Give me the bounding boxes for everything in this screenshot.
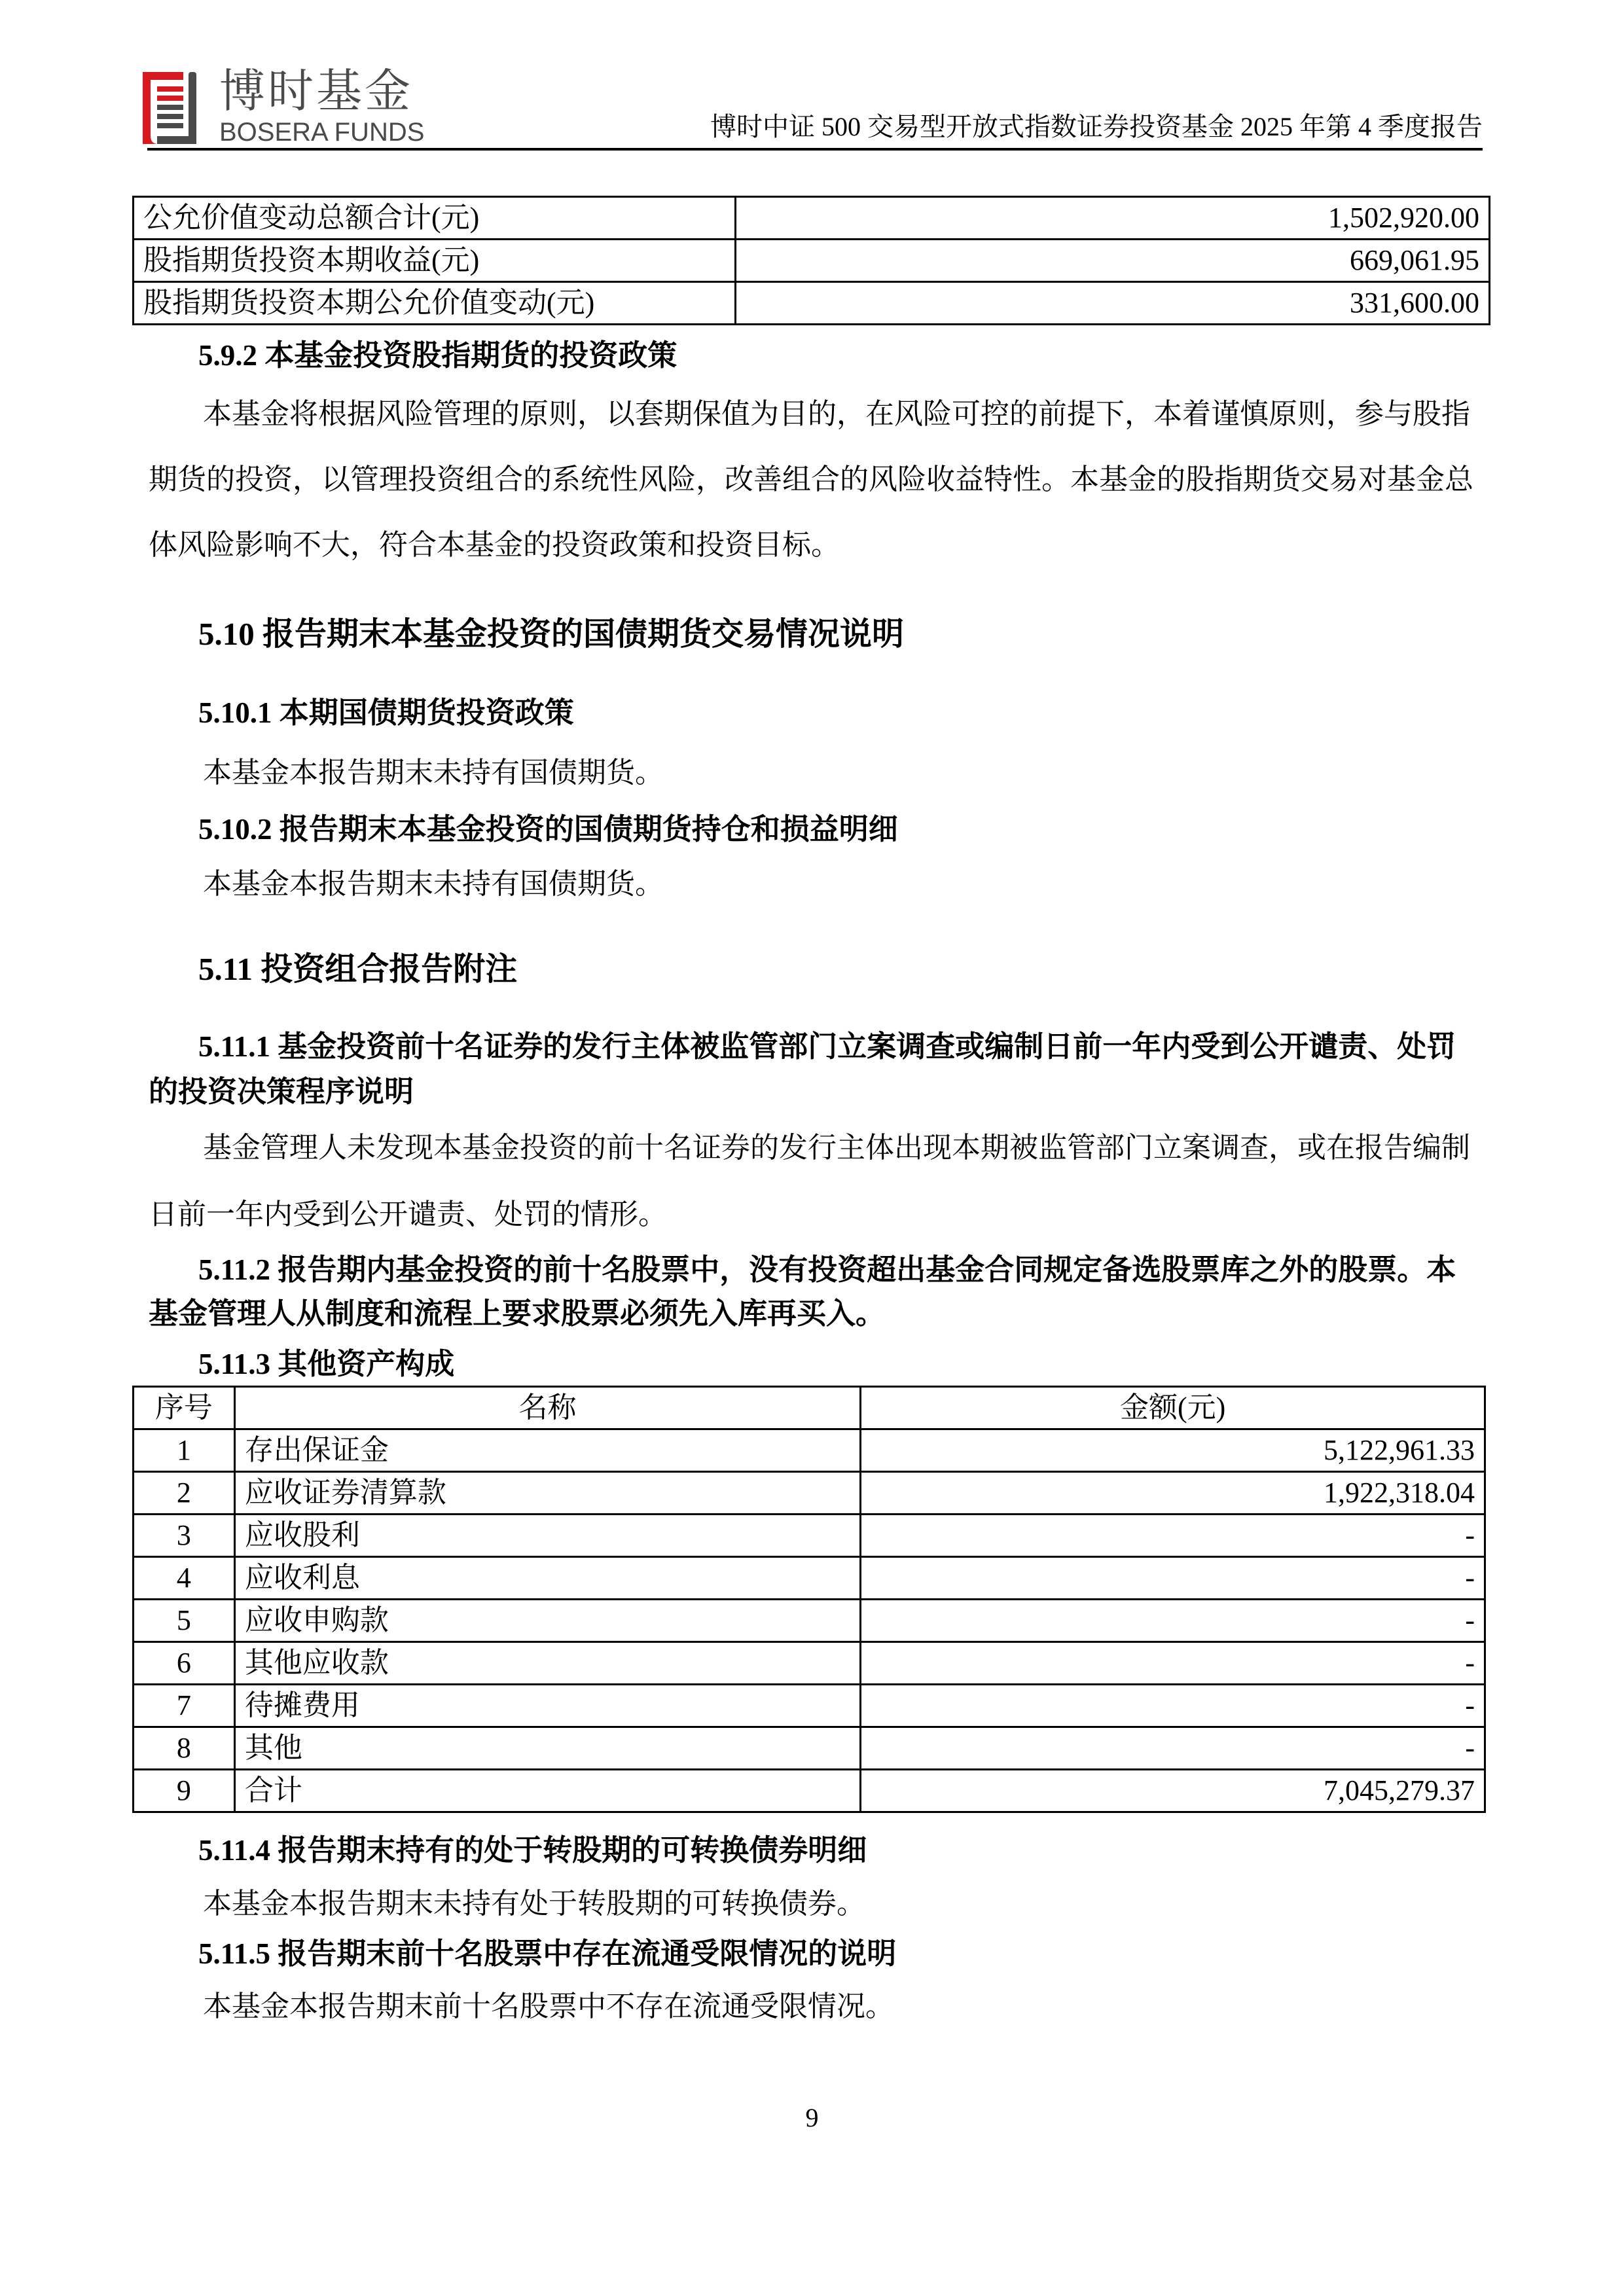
row-amount: - — [861, 1642, 1485, 1685]
row-amount: - — [861, 1727, 1485, 1770]
row-name: 存出保证金 — [234, 1429, 860, 1472]
row-value: 331,600.00 — [735, 282, 1489, 325]
logo-cn-text: 博时基金 — [219, 68, 413, 114]
row-name: 合计 — [234, 1770, 860, 1812]
row-no: 7 — [134, 1685, 235, 1727]
table-row: 股指期货投资本期收益(元) 669,061.95 — [134, 240, 1490, 282]
header-name: 名称 — [234, 1387, 860, 1429]
table-row: 公允价值变动总额合计(元) 1,502,920.00 — [134, 197, 1490, 240]
section-5-10-1-text: 本基金本报告期末未持有国债期货。 — [203, 756, 664, 791]
table-header-row: 序号 名称 金额(元) — [134, 1387, 1485, 1429]
section-5-9-2-heading: 5.9.2 本基金投资股指期货的投资政策 — [198, 338, 677, 373]
header-amount: 金额(元) — [861, 1387, 1485, 1429]
row-name: 应收股利 — [234, 1515, 860, 1557]
table-row: 2 应收证券清算款 1,922,318.04 — [134, 1472, 1485, 1515]
row-label: 公允价值变动总额合计(元) — [134, 197, 736, 240]
futures-summary-table: 公允价值变动总额合计(元) 1,502,920.00 股指期货投资本期收益(元)… — [132, 196, 1490, 325]
row-no: 4 — [134, 1557, 235, 1600]
bosera-logo: 博时基金 BOSERA FUNDS — [137, 72, 425, 151]
row-name: 其他应收款 — [234, 1642, 860, 1685]
row-name: 应收证券清算款 — [234, 1472, 860, 1515]
row-amount: 5,122,961.33 — [861, 1429, 1485, 1472]
row-name: 应收申购款 — [234, 1600, 860, 1642]
header-divider — [147, 148, 1483, 151]
section-5-11-2-heading: 5.11.2 报告期内基金投资的前十名股票中，没有投资超出基金合同规定备选股票库… — [198, 1252, 1456, 1287]
other-assets-table: 序号 名称 金额(元) 1 存出保证金 5,122,961.33 2 应收证券清… — [132, 1386, 1486, 1813]
table-row: 1 存出保证金 5,122,961.33 — [134, 1429, 1485, 1472]
row-no: 9 — [134, 1770, 235, 1812]
table-row: 6 其他应收款 - — [134, 1642, 1485, 1685]
row-no: 1 — [134, 1429, 235, 1472]
section-5-11-1-text-cont: 日前一年内受到公开谴责、处罚的情形。 — [149, 1198, 667, 1232]
paragraph-line: 本基金将根据风险管理的原则，以套期保值为目的，在风险可控的前提下，本着谨慎原则，… — [203, 397, 1470, 432]
section-5-11-5-heading: 5.11.5 报告期末前十名股票中存在流通受限情况的说明 — [198, 1936, 896, 1971]
table-row: 8 其他 - — [134, 1727, 1485, 1770]
row-amount: - — [861, 1515, 1485, 1557]
row-no: 3 — [134, 1515, 235, 1557]
row-name: 其他 — [234, 1727, 860, 1770]
report-title: 博时中证 500 交易型开放式指数证券投资基金 2025 年第 4 季度报告 — [710, 111, 1483, 143]
section-5-11-1-heading-cont: 的投资决策程序说明 — [149, 1074, 414, 1109]
row-amount: - — [861, 1557, 1485, 1600]
section-5-10-2-heading: 5.10.2 报告期末本基金投资的国债期货持仓和损益明细 — [198, 812, 898, 847]
paragraph-line: 体风险影响不大，符合本基金的投资政策和投资目标。 — [149, 528, 840, 563]
bosera-logo-mark-icon — [143, 72, 208, 144]
table-row: 7 待摊费用 - — [134, 1685, 1485, 1727]
row-amount: - — [861, 1600, 1485, 1642]
section-5-11-heading: 5.11 投资组合报告附注 — [198, 950, 517, 989]
section-5-11-4-text: 本基金本报告期末未持有处于转股期的可转换债券。 — [203, 1887, 865, 1922]
section-5-11-1-text: 基金管理人未发现本基金投资的前十名证券的发行主体出现本期被监管部门立案调查，或在… — [203, 1131, 1470, 1166]
section-5-10-heading: 5.10 报告期末本基金投资的国债期货交易情况说明 — [198, 615, 904, 654]
header-no: 序号 — [134, 1387, 235, 1429]
table-row: 5 应收申购款 - — [134, 1600, 1485, 1642]
table-row: 股指期货投资本期公允价值变动(元) 331,600.00 — [134, 282, 1490, 325]
table-row-total: 9 合计 7,045,279.37 — [134, 1770, 1485, 1812]
section-5-11-1-heading: 5.11.1 基金投资前十名证券的发行主体被监管部门立案调查或编制日前一年内受到… — [198, 1029, 1456, 1064]
section-5-10-2-text: 本基金本报告期末未持有国债期货。 — [203, 867, 664, 902]
row-no: 8 — [134, 1727, 235, 1770]
section-5-10-1-heading: 5.10.1 本期国债期货投资政策 — [198, 695, 574, 730]
row-no: 6 — [134, 1642, 235, 1685]
section-5-11-5-text: 本基金本报告期末前十名股票中不存在流通受限情况。 — [203, 1990, 894, 2024]
section-5-11-4-heading: 5.11.4 报告期末持有的处于转股期的可转换债券明细 — [198, 1833, 867, 1868]
section-5-11-2-heading-cont: 基金管理人从制度和流程上要求股票必须先入库再买入。 — [149, 1296, 885, 1331]
row-name: 待摊费用 — [234, 1685, 860, 1727]
logo-en-text: BOSERA FUNDS — [219, 119, 424, 145]
row-label: 股指期货投资本期公允价值变动(元) — [134, 282, 736, 325]
table-row: 4 应收利息 - — [134, 1557, 1485, 1600]
row-amount: 7,045,279.37 — [861, 1770, 1485, 1812]
page-number: 9 — [0, 2102, 1624, 2133]
row-label: 股指期货投资本期收益(元) — [134, 240, 736, 282]
section-5-11-3-heading: 5.11.3 其他资产构成 — [198, 1346, 454, 1382]
row-amount: 1,922,318.04 — [861, 1472, 1485, 1515]
row-value: 1,502,920.00 — [735, 197, 1489, 240]
row-no: 5 — [134, 1600, 235, 1642]
table-row: 3 应收股利 - — [134, 1515, 1485, 1557]
row-value: 669,061.95 — [735, 240, 1489, 282]
paragraph-line: 期货的投资，以管理投资组合的系统性风险，改善组合的风险收益特性。本基金的股指期货… — [149, 463, 1473, 497]
row-name: 应收利息 — [234, 1557, 860, 1600]
row-no: 2 — [134, 1472, 235, 1515]
row-amount: - — [861, 1685, 1485, 1727]
